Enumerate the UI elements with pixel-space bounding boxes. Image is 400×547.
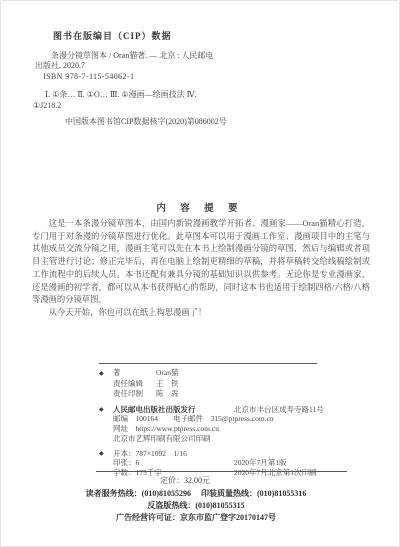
postcode-email: 邮编 100164 电子邮件 315@ptpress.com.cn [113, 414, 274, 423]
printer-row: 北京市艺辉印刷有限公司印刷 [99, 434, 351, 444]
credit-row-editor: 责任编辑王 铁 [99, 379, 351, 390]
book-copyright-page: 图书在版编目（CIP）数据 条漫分镜草图本 / Oran猫著. — 北京 : 人… [1, 1, 399, 546]
cip-record-line2: 出版社, 2020.7 [35, 61, 371, 72]
anti-piracy-hotline: 反盗版热线：(010)81055315 [1, 500, 391, 511]
credit-row-author: ◆ 著Oran猫 [99, 368, 351, 379]
cip-classification-line1: Ⅰ. ①条… Ⅱ. ①O… Ⅲ. ①漫画—绘画技法 Ⅳ. [45, 90, 371, 101]
price-divider [96, 471, 347, 472]
format-group: ◆ 开本：787×1092 1/16 印张：6 2020年7月第1版 字数：17… [99, 449, 351, 478]
author-name: Oran猫 [156, 368, 179, 377]
colophon-divider [99, 363, 317, 364]
author-label: 著 [113, 368, 156, 379]
cip-registry-number: 中国版本图书馆CIP数据核字(2020)第086002号 [65, 117, 371, 128]
publisher-group: ◆ 人民邮电出版社出版发行 北京市丰台区成寿寺路11号 邮编 100164 电子… [99, 405, 351, 444]
website-row: 网址 https://www.ptpress.com.cn [99, 424, 351, 434]
publisher-website: 网址 https://www.ptpress.com.cn [113, 424, 219, 433]
printer-name: 北京市艺辉印刷有限公司印刷 [113, 434, 211, 443]
price: 定价：32.00元 [1, 475, 369, 486]
credit-row-print-supervisor: 责任印制陈 犇 [99, 389, 351, 400]
cip-isbn: ISBN 978-7-115-54062-1 [43, 72, 371, 83]
summary-closing: 从今天开始，你也可以在纸上构思漫画了！ [32, 307, 370, 320]
editor-name: 王 铁 [156, 379, 179, 388]
print-supervisor-label: 责任印制 [113, 389, 156, 400]
cip-block: 图书在版编目（CIP）数据 条漫分镜草图本 / Oran猫著. — 北京 : 人… [33, 31, 371, 128]
hotline-row: 读者服务热线：(010)81055296 印装质量热线：(010)8105531… [1, 488, 391, 499]
cip-classification-line2: ①J218.2 [33, 101, 371, 112]
publisher-name: 人民邮电出版社出版发行 [113, 405, 196, 414]
format-size-row: ◆ 开本：787×1092 1/16 [99, 449, 351, 459]
advertising-license: 广告经营许可证：京东市监广登字20170147号 [1, 512, 391, 523]
print-supervisor-name: 陈 犇 [156, 389, 179, 398]
sheets-edition-row: 印张：6 2020年7月第1版 [99, 458, 351, 468]
cip-record-line1: 条漫分镜草图本 / Oran猫著. — 北京 : 人民邮电 [51, 51, 371, 62]
reader-service-hotline: 读者服务热线：(010)81055296 [86, 489, 191, 498]
summary-body: 这是一本条漫分镜草图本，由国内新锐漫画教学开拓者、漫画家——Oran猫精心打造，… [32, 218, 370, 307]
cip-heading: 图书在版编目（CIP）数据 [53, 31, 371, 42]
summary-block: 这是一本条漫分镜草图本，由国内新锐漫画教学开拓者、漫画家——Oran猫精心打造，… [32, 218, 370, 320]
colophon-block: ◆ 著Oran猫 责任编辑王 铁 责任印制陈 犇 ◆ 人民邮电出版社出版发行 北… [99, 363, 351, 478]
postcode-email-row: 邮编 100164 电子邮件 315@ptpress.com.cn [99, 414, 351, 424]
format-size: 开本：787×1092 1/16 [113, 449, 187, 458]
summary-title: 内 容 提 要 [1, 200, 399, 214]
editor-label: 责任编辑 [113, 379, 156, 390]
print-quality-hotline: 印装质量热线：(010)81055316 [201, 489, 306, 498]
sheets-count: 印张：6 [113, 458, 139, 467]
edition-date: 2020年7月第1版 [234, 458, 287, 468]
